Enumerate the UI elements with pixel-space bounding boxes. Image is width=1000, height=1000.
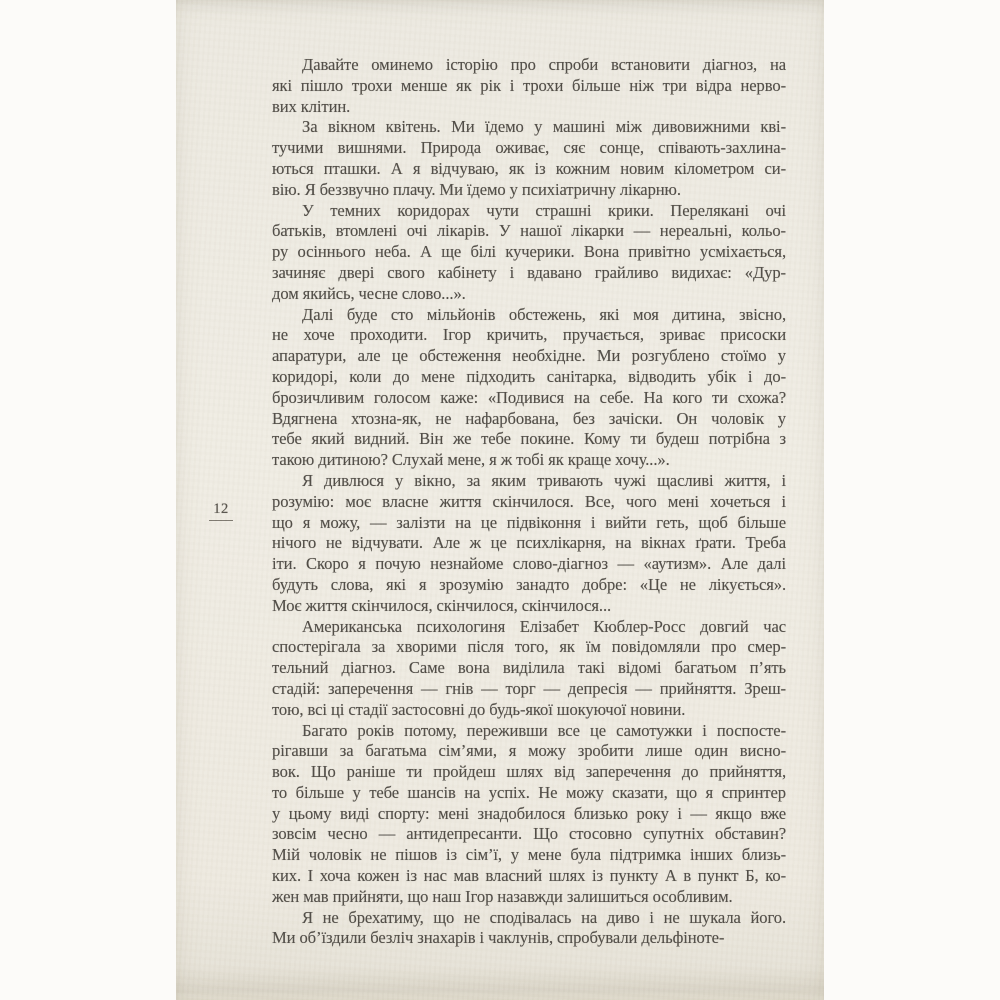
text-line: нічого не відчувати. Але ж це психлікарн… [272,533,786,554]
text-line: ких. І хоча кожен із нас мав власний шля… [272,866,786,887]
text-line: вих клітин. [272,97,786,118]
text-line: У темних коридорах чути страшні крики. П… [272,201,786,222]
text-line: Я дивлюся у вікно, за яким тривають чужі… [272,471,786,492]
text-line: зовсім чесно — антидепресанти. Що стосов… [272,824,786,845]
text-line: Ми об’їздили безліч знахарів і чаклунів,… [272,928,786,949]
text-block: Давайте оминемо історію про спроби встан… [272,55,786,949]
text-line: не хоче проходити. Ігор кричить, пручаєт… [272,325,786,346]
text-line: тебе який видний. Він же тебе покине. Ко… [272,429,786,450]
text-line: вію. Я беззвучно плачу. Ми їдемо у психі… [272,180,786,201]
text-line: стадій: заперечення — гнів — торг — депр… [272,679,786,700]
text-line: Давайте оминемо історію про спроби встан… [272,55,786,76]
text-line: ються пташки. А я відчуваю, як із кожним… [272,159,786,180]
text-line: коридорі, коли до мене підходить санітар… [272,367,786,388]
text-line: які пішло трохи менше як рік і трохи біл… [272,76,786,97]
text-line: іти. Скоро я почую незнайоме слово-діагн… [272,554,786,575]
text-line: Мій чоловік не пішов із сім’ї, у мене бу… [272,845,786,866]
text-line: Американська психологиня Елізабет Кюблер… [272,617,786,638]
text-line: розумію: моє власне життя скінчилося. Вс… [272,492,786,513]
text-line: такою дитиною? Слухай мене, я ж тобі як … [272,450,786,471]
text-line: Я не брехатиму, що не сподівалась на див… [272,908,786,929]
text-line: зачиняє двері свого кабінету і вдавано г… [272,263,786,284]
text-line: то більше у тебе шансів на успіх. Не мож… [272,783,786,804]
text-line: тельний діагноз. Саме вона виділила такі… [272,658,786,679]
text-line: у цьому виді спорту: мені знадобилося бл… [272,804,786,825]
text-line: тою, всі ці стадії застосовні до будь-як… [272,700,786,721]
text-line: апаратури, але це обстеження необхідне. … [272,346,786,367]
text-line: будуть слова, які я зрозумію занадто доб… [272,575,786,596]
text-line: Вдягнена хтозна-як, не нафарбована, без … [272,409,786,430]
text-line: брозичливим голосом каже: «Подивися на с… [272,388,786,409]
text-line: Далі буде сто мільйонів обстежень, які м… [272,305,786,326]
text-line: що я можу, — залізти на це підвіконня і … [272,513,786,534]
text-line: рігавши за багатьма сім’ями, я можу зроб… [272,741,786,762]
text-line: вок. Що раніше ти пройдеш шлях від запер… [272,762,786,783]
text-line: Багато років потому, переживши все це са… [272,721,786,742]
text-line: дом якийсь, чесне слово...». [272,284,786,305]
book-page: 12 Давайте оминемо історію про спроби вс… [176,0,824,1000]
book-page-photo: 12 Давайте оминемо історію про спроби вс… [0,0,1000,1000]
text-line: спостерігала за хворими після того, як ї… [272,637,786,658]
text-line: тучими вишнями. Природа оживає, сяє сонц… [272,138,786,159]
text-line: батьків, втомлені очі лікарів. У нашої л… [272,221,786,242]
text-line: жен мав прийняти, що наш Ігор назавжди з… [272,887,786,908]
page-number: 12 [209,501,233,521]
text-line: За вікном квітень. Ми їдемо у машині між… [272,117,786,138]
text-line: ру осіннього неба. А ще білі кучерики. В… [272,242,786,263]
text-line: Моє життя скінчилося, скінчилося, скінчи… [272,596,786,617]
